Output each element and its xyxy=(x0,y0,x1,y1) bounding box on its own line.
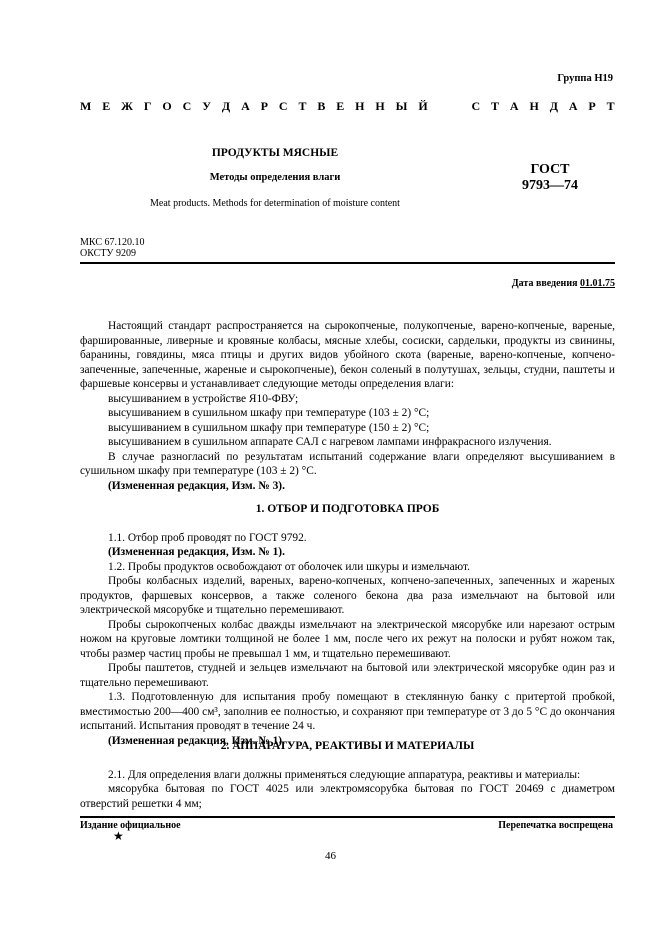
method-item: высушиванием в устройстве Я10-ФВУ; xyxy=(80,392,615,407)
section-1: 1. ОТБОР И ПОДГОТОВКА ПРОБ 1.1. Отбор пр… xyxy=(80,502,615,748)
group-code: Группа Н19 xyxy=(557,73,613,84)
banner-letter: Й xyxy=(418,99,427,114)
clause-1-1: 1.1. Отбор проб проводят по ГОСТ 9792. xyxy=(80,531,615,546)
banner-letter: В xyxy=(317,99,325,114)
banner-letter: Е xyxy=(336,99,344,114)
method-item: высушиванием в сушильном шкафу при темпе… xyxy=(80,421,615,436)
document-title: ПРОДУКТЫ МЯСНЫЕ xyxy=(140,147,410,159)
banner-letter: Е xyxy=(102,99,110,114)
section-1-heading: 1. ОТБОР И ПОДГОТОВКА ПРОБ xyxy=(80,502,615,517)
amendment-note: (Измененная редакция, Изм. № 3). xyxy=(80,479,615,494)
clause-2-1-meat-grinder: мясорубка бытовая по ГОСТ 4025 или элект… xyxy=(80,782,615,811)
interstate-standard-banner: МЕЖГОСУДАРСТВЕННЫЙСТАНДАРТ xyxy=(80,99,615,114)
document-title-english: Meat products. Methods for determination… xyxy=(100,198,450,209)
page-number: 46 xyxy=(0,850,661,862)
banner-letter: Т xyxy=(491,99,499,114)
okstu-code: ОКСТУ 9209 xyxy=(80,248,144,259)
gost-label: ГОСТ xyxy=(500,162,600,178)
banner-letter: Г xyxy=(144,99,152,114)
header-divider xyxy=(80,262,615,264)
banner-letter: Ы xyxy=(396,99,408,114)
clause-2-1: 2.1. Для определения влаги должны примен… xyxy=(80,768,615,783)
banner-letter xyxy=(439,99,461,114)
banner-letter: С xyxy=(183,99,192,114)
section-2-heading: 2. АППАРАТУРА, РЕАКТИВЫ И МАТЕРИАЛЫ xyxy=(80,739,615,754)
footer-divider xyxy=(80,816,615,818)
banner-letter: Н xyxy=(355,99,364,114)
banner-letter: Н xyxy=(375,99,384,114)
star-icon: ★ xyxy=(113,829,124,844)
method-item: высушиванием в сушильном шкафу при темпе… xyxy=(80,406,615,421)
amendment-note: (Измененная редакция, Изм. № 1). xyxy=(80,545,615,560)
banner-letter: Т xyxy=(607,99,615,114)
official-edition-label: Издание официальное xyxy=(80,820,181,831)
introduction-date: Дата введения 01.01.75 xyxy=(512,278,615,289)
banner-letter: А xyxy=(510,99,519,114)
intro-section: Настоящий стандарт распространяется на с… xyxy=(80,319,615,493)
clause-1-2: 1.2. Пробы продуктов освобождают от обол… xyxy=(80,560,615,575)
date-label: Дата введения xyxy=(512,278,578,289)
gost-designation: ГОСТ 9793—74 xyxy=(500,162,600,194)
method-item: высушиванием в сушильном аппарате САЛ с … xyxy=(80,435,615,450)
banner-letter: Р xyxy=(588,99,595,114)
banner-letter: А xyxy=(241,99,250,114)
clause-1-2-dry-smoked: Пробы сырокопченых колбас дважды измельч… xyxy=(80,618,615,662)
document-subtitle: Методы определения влаги xyxy=(140,172,410,183)
banner-letter: А xyxy=(569,99,578,114)
gost-number: 9793—74 xyxy=(500,178,600,194)
clause-1-2-sausages: Пробы колбасных изделий, вареных, варено… xyxy=(80,574,615,618)
banner-letter: С xyxy=(279,99,288,114)
classification-codes: МКС 67.120.10 ОКСТУ 9209 xyxy=(80,237,144,259)
clause-1-3: 1.3. Подготовленную для испытания пробу … xyxy=(80,690,615,734)
clause-1-2-pates: Пробы паштетов, студней и зельцев измель… xyxy=(80,661,615,690)
section-2: 2. АППАРАТУРА, РЕАКТИВЫ И МАТЕРИАЛЫ 2.1.… xyxy=(80,739,615,811)
banner-letter: Ж xyxy=(121,99,133,114)
banner-letter: М xyxy=(80,99,91,114)
banner-letter: У xyxy=(202,99,211,114)
banner-letter: Т xyxy=(298,99,306,114)
banner-letter: О xyxy=(162,99,171,114)
banner-letter: Д xyxy=(550,99,558,114)
intro-paragraph: Настоящий стандарт распространяется на с… xyxy=(80,319,615,392)
reprint-prohibited-label: Перепечатка воспрещена xyxy=(498,820,613,831)
banner-letter: С xyxy=(471,99,480,114)
dispute-paragraph: В случае разногласий по результатам испы… xyxy=(80,450,615,479)
banner-letter: Н xyxy=(529,99,538,114)
banner-letter: Д xyxy=(222,99,230,114)
banner-letter: Р xyxy=(261,99,268,114)
date-value: 01.01.75 xyxy=(580,278,615,289)
mks-code: МКС 67.120.10 xyxy=(80,237,144,248)
